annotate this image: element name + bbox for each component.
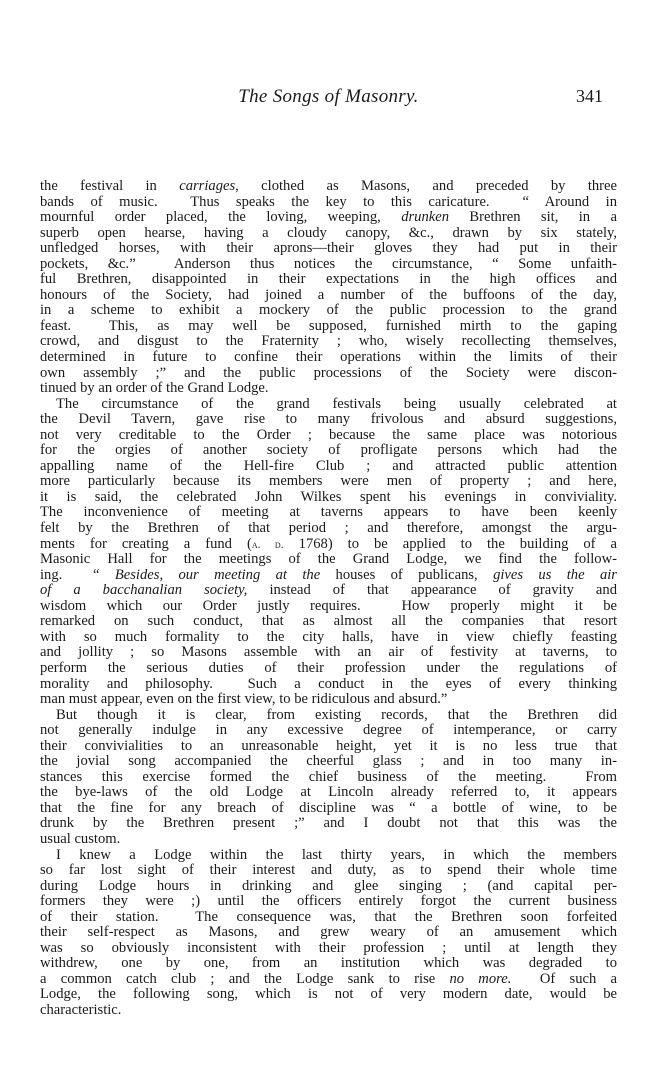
text-line: it is said, the celebrated John Wilkes s…	[40, 490, 617, 506]
text-line: for the orgies of another society of pro…	[40, 443, 617, 459]
text-line: ing. “ Besides, our meeting at the house…	[40, 568, 617, 584]
text-line: during Lodge hours in drinking and glee …	[40, 879, 617, 895]
text-line: pockets, &c.” Anderson thus notices the …	[40, 257, 617, 273]
text-line: honours of the Society, had joined a num…	[40, 288, 617, 304]
text-line: not generally indulge in any excessive d…	[40, 723, 617, 739]
text-line: of a bacchanalian society, instead of th…	[40, 583, 617, 599]
text-line: superb open hearse, having a cloudy cano…	[40, 226, 617, 242]
text-line: not very creditable to the Order ; becau…	[40, 428, 617, 444]
text-line: of their station. The consequence was, t…	[40, 910, 617, 926]
text-line: the bye-laws of the old Lodge at Lincoln…	[40, 785, 617, 801]
text-line: Lodge, the following song, which is not …	[40, 987, 617, 1003]
text-line: own assembly ;” and the public processio…	[40, 366, 617, 382]
paragraph: the festival in carriages, clothed as Ma…	[40, 179, 617, 397]
text-line: But though it is clear, from existing re…	[40, 708, 617, 724]
text-line: The circumstance of the grand festivals …	[40, 397, 617, 413]
text-line: The inconvenience of meeting at taverns …	[40, 505, 617, 521]
text-line: perform the serious duties of their prof…	[40, 661, 617, 677]
text-line: a common catch club ; and the Lodge sank…	[40, 972, 617, 988]
body-text: the festival in carriages, clothed as Ma…	[40, 179, 617, 1019]
text-line: usual custom.	[40, 832, 617, 848]
text-line: drunk by the Brethren present ;” and I d…	[40, 816, 617, 832]
text-line: their convivialities to an unreasonable …	[40, 739, 617, 755]
text-line: characteristic.	[40, 1003, 617, 1019]
text-line: felt by the Brethren of that period ; an…	[40, 521, 617, 537]
text-line: ful Brethren, disappointed in their expe…	[40, 272, 617, 288]
text-line: that the fine for any breach of discipli…	[40, 801, 617, 817]
running-title: The Songs of Masonry.	[40, 86, 617, 108]
text-line: with so much formality to the city halls…	[40, 630, 617, 646]
text-line: wisdom which our Order justly requires. …	[40, 599, 617, 615]
page-number: 341	[576, 86, 603, 107]
text-line: formers they were ;) until the officers …	[40, 894, 617, 910]
text-line: withdrew, one by one, from an institutio…	[40, 956, 617, 972]
text-line: so far lost sight of their interest and …	[40, 863, 617, 879]
text-line: I knew a Lodge within the last thirty ye…	[40, 848, 617, 864]
text-line: crowd, and disgust to the Fraternity ; w…	[40, 334, 617, 350]
book-page: The Songs of Masonry. 341 the festival i…	[0, 0, 664, 1089]
text-line: morality and philosophy. Such a conduct …	[40, 677, 617, 693]
text-line: the festival in carriages, clothed as Ma…	[40, 179, 617, 195]
text-line: tinued by an order of the Grand Lodge.	[40, 381, 617, 397]
text-line: stances this exercise formed the chief b…	[40, 770, 617, 786]
text-line: remarked on such conduct, that as almost…	[40, 614, 617, 630]
paragraph: I knew a Lodge within the last thirty ye…	[40, 848, 617, 1019]
text-line: was so obviously inconsistent with their…	[40, 941, 617, 957]
text-line: determined in future to confine their op…	[40, 350, 617, 366]
text-line: man must appear, even on the first view,…	[40, 692, 617, 708]
paragraph: The circumstance of the grand festivals …	[40, 397, 617, 708]
text-line: feast. This, as may well be supposed, fu…	[40, 319, 617, 335]
text-line: more particularly because its members we…	[40, 474, 617, 490]
text-line: ments for creating a fund (a. d. 1768) t…	[40, 537, 617, 553]
text-line: bands of music. Thus speaks the key to t…	[40, 195, 617, 211]
text-line: in a scheme to exhibit a mockery of the …	[40, 303, 617, 319]
running-head: The Songs of Masonry. 341	[40, 86, 617, 110]
text-line: mournful order placed, the loving, weepi…	[40, 210, 617, 226]
text-line: unfledged horses, with their aprons—thei…	[40, 241, 617, 257]
text-line: the jovial song accompanied the cheerful…	[40, 754, 617, 770]
text-line: their self-respect as Masons, and grew w…	[40, 925, 617, 941]
text-line: appalling name of the Hell-fire Club ; a…	[40, 459, 617, 475]
text-line: the Devil Tavern, gave rise to many friv…	[40, 412, 617, 428]
text-line: Masonic Hall for the meetings of the Gra…	[40, 552, 617, 568]
paragraph: But though it is clear, from existing re…	[40, 708, 617, 848]
text-line: and jollity ; so Masons assemble with an…	[40, 645, 617, 661]
